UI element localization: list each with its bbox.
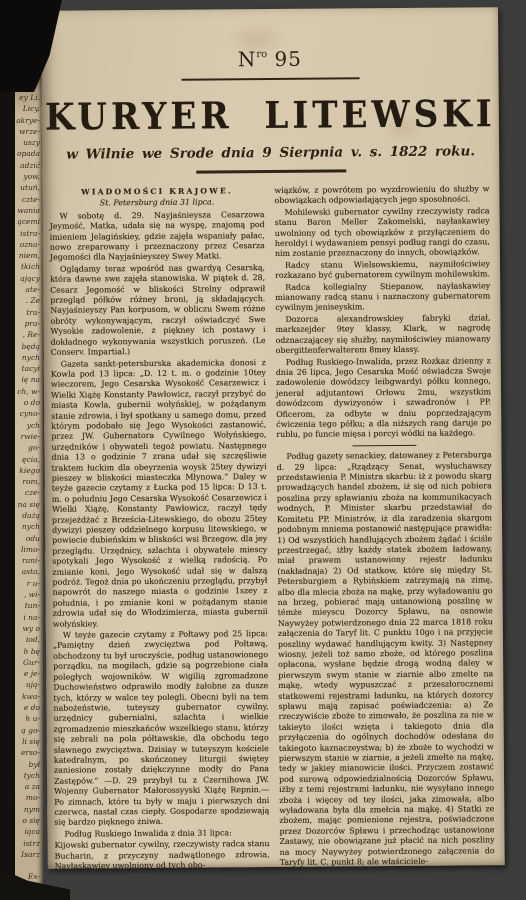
news-paragraph: wiązków, z powrótem po wyzdrowieniu do s… xyxy=(274,184,489,207)
news-paragraph: Podług Ruskiego Inwalida z dnia 31 lipca… xyxy=(54,828,269,840)
issue-number-prefix: N xyxy=(238,47,257,71)
right-column: wiązków, z powrótem po wyzdrowieniu do s… xyxy=(274,184,494,871)
article-columns: WIADOMOŚCI KRAJOWE. St. Petersburg dnia … xyxy=(42,171,504,873)
news-paragraph: Mohilewski gubernator cywilny rzeczywist… xyxy=(275,206,490,260)
book-left-edge xyxy=(0,0,15,900)
news-paragraph: Oglądamy teraz wpośród nas gwardyą Cesar… xyxy=(50,263,266,358)
news-paragraph: Podług Ruskiego-Inwalida, przez Rozkaz d… xyxy=(276,356,492,441)
scanned-newspaper-photo: { "masthead": { "issue_prefix": "N", "is… xyxy=(0,0,526,900)
issue-number-value: 95 xyxy=(274,47,302,71)
masthead: Nro 95 KURYER LITEWSKI w Wilnie we Srode… xyxy=(41,7,499,175)
news-paragraph: Kijowski gubernator cywilny, rzeczywisty… xyxy=(55,839,270,872)
issue-number: Nro 95 xyxy=(41,45,498,73)
news-paragraph: Radcy stanu Wielsowskiemu, naymiłościwie… xyxy=(275,259,490,282)
section-divider-rule xyxy=(352,445,416,447)
newspaper-page: Nro 95 KURYER LITEWSKI w Wilnie we Srode… xyxy=(41,7,505,869)
news-paragraph: Gazeta sankt-petersburska akademicka don… xyxy=(51,358,268,630)
previous-page-spine: ey Li. Licy. akrye- wrze- uszy opada adz… xyxy=(15,4,43,884)
news-paragraph: W sobotę d. 29. Nayjaśnieysza Cesarzowa … xyxy=(50,210,265,264)
spine-text-fragments: ey Li. Licy. akrye- wrze- uszy opada adz… xyxy=(16,92,40,884)
news-paragraph: Dozorca alexandrowskiey fabryki dział, m… xyxy=(275,313,490,356)
masthead-rule-top xyxy=(181,77,359,80)
issue-number-superscript: ro xyxy=(256,49,267,60)
newspaper-title: KURYER LITEWSKI xyxy=(42,93,499,140)
article-dateline: St. Petersburg dnia 31 lipca. xyxy=(49,197,264,209)
section-heading: WIADOMOŚCI KRAJOWE. xyxy=(49,186,264,198)
left-column: WIADOMOŚCI KRAJOWE. St. Petersburg dnia … xyxy=(49,186,269,873)
masthead-dateline: w Wilnie we Srode dnia 9 Sierpnia v. s. … xyxy=(42,143,499,163)
news-paragraph: Podług gazety senackiey, datowaney z Pet… xyxy=(276,451,494,869)
news-paragraph: Radca kollegialny Stiepanow, nayłaskawie… xyxy=(275,281,490,314)
news-paragraph: W teyże gazecie czytamy z Połtawy pod 25… xyxy=(53,629,270,828)
